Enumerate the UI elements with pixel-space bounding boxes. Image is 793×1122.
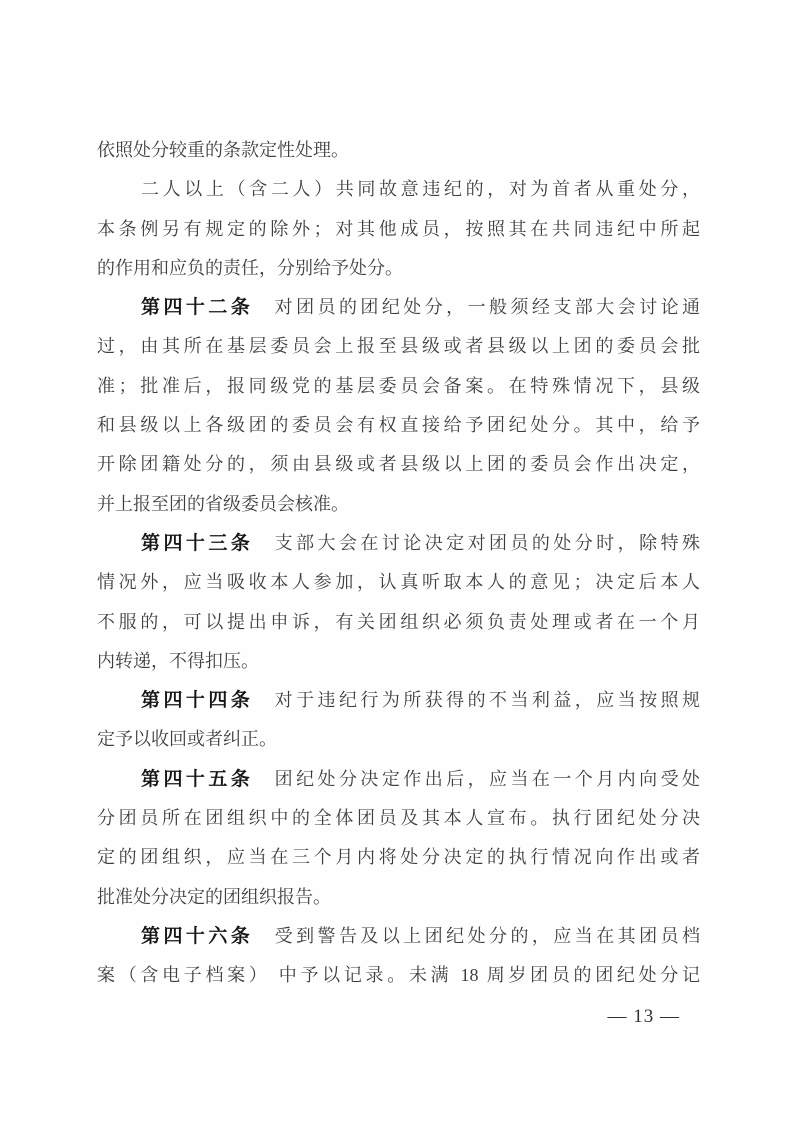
line-text: 本条例另有规定的除外；对其他成员，按照其在共同违纪中所起 bbox=[97, 219, 700, 239]
line-text: 支部大会在讨论决定对团员的处分时，除特殊 bbox=[275, 533, 700, 553]
line-text: 二人以上（含二人）共同故意违纪的，对为首者从重处分， bbox=[141, 179, 700, 199]
text-line: 准；批准后，报同级党的基层委员会备案。在特殊情况下，县级 bbox=[97, 367, 700, 406]
line-text: 受到警告及以上团纪处分的，应当在其团员档 bbox=[275, 926, 700, 946]
text-line: 开除团籍处分的，须由县级或者县级以上团的委员会作出决定， bbox=[97, 445, 700, 484]
line-text: 对团员的团纪处分，一般须经支部大会讨论通 bbox=[275, 297, 700, 317]
document-body: 依照处分较重的条款定性处理。二人以上（含二人）共同故意违纪的，对为首者从重处分，… bbox=[97, 131, 700, 996]
page-number: — 13 — bbox=[608, 1004, 681, 1030]
line-text: 过，由其所在基层委员会上报至县级或者县级以上团的委员会批 bbox=[97, 336, 700, 356]
line-text: 并上报至团的省级委员会核准。 bbox=[97, 494, 349, 514]
line-text: 依照处分较重的条款定性处理。 bbox=[97, 140, 349, 160]
scanned-document-screenshot: { "document": { "background": "#fefefe",… bbox=[0, 0, 793, 1122]
line-text: 批准处分决定的团组织报告。 bbox=[97, 887, 331, 907]
text-line: 并上报至团的省级委员会核准。 bbox=[97, 485, 700, 524]
article-number: 第四十五条 bbox=[141, 769, 253, 790]
line-text: 开除团籍处分的，须由县级或者县级以上团的委员会作出决定， bbox=[97, 454, 700, 474]
text-line: 的作用和应负的责任，分别给予处分。 bbox=[97, 249, 700, 288]
article-number: 第四十三条 bbox=[141, 533, 253, 554]
line-text: 准；批准后，报同级党的基层委员会备案。在特殊情况下，县级 bbox=[97, 376, 700, 396]
line-text: 定予以收回或者纠正。 bbox=[97, 729, 277, 749]
text-line: 批准处分决定的团组织报告。 bbox=[97, 878, 700, 917]
line-text: 内转递，不得扣压。 bbox=[97, 651, 259, 671]
line-text: 的作用和应负的责任，分别给予处分。 bbox=[97, 258, 403, 278]
text-line: 和县级以上各级团的委员会有权直接给予团纪处分。其中，给予 bbox=[97, 406, 700, 445]
line-text: 团纪处分决定作出后，应当在一个月内向受处 bbox=[275, 769, 700, 789]
article-line: 第四十四条 对于违纪行为所获得的不当利益，应当按照规 bbox=[97, 681, 700, 720]
text-line: 案（含电子档案） 中予以记录。未满 18 周岁团员的团纪处分记 bbox=[97, 956, 700, 995]
text-line: 本条例另有规定的除外；对其他成员，按照其在共同违纪中所起 bbox=[97, 210, 700, 249]
line-text: 情况外，应当吸收本人参加，认真听取本人的意见；决定后本人 bbox=[97, 572, 700, 592]
text-line: 依照处分较重的条款定性处理。 bbox=[97, 131, 700, 170]
article-number: 第四十六条 bbox=[141, 926, 253, 947]
article-number: 第四十四条 bbox=[141, 690, 253, 711]
text-line: 情况外，应当吸收本人参加，认真听取本人的意见；决定后本人 bbox=[97, 563, 700, 602]
text-line: 不服的，可以提出申诉，有关团组织必须负责处理或者在一个月 bbox=[97, 603, 700, 642]
line-text: 不服的，可以提出申诉，有关团组织必须负责处理或者在一个月 bbox=[97, 612, 700, 632]
line-text: 和县级以上各级团的委员会有权直接给予团纪处分。其中，给予 bbox=[97, 415, 700, 435]
text-line: 过，由其所在基层委员会上报至县级或者县级以上团的委员会批 bbox=[97, 327, 700, 366]
line-text: 案（含电子档案） 中予以记录。未满 18 周岁团员的团纪处分记 bbox=[97, 965, 700, 985]
text-line: 定予以收回或者纠正。 bbox=[97, 720, 700, 759]
article-number: 第四十二条 bbox=[141, 297, 253, 318]
line-text: 定的团组织，应当在三个月内将处分决定的执行情况向作出或者 bbox=[97, 847, 700, 867]
text-line: 内转递，不得扣压。 bbox=[97, 642, 700, 681]
line-text: 分团员所在团组织中的全体团员及其本人宣布。执行团纪处分决 bbox=[97, 808, 700, 828]
document-page: 依照处分较重的条款定性处理。二人以上（含二人）共同故意违纪的，对为首者从重处分，… bbox=[0, 0, 793, 1122]
text-line: 二人以上（含二人）共同故意违纪的，对为首者从重处分， bbox=[97, 170, 700, 209]
article-line: 第四十二条 对团员的团纪处分，一般须经支部大会讨论通 bbox=[97, 288, 700, 327]
article-line: 第四十三条 支部大会在讨论决定对团员的处分时，除特殊 bbox=[97, 524, 700, 563]
article-line: 第四十六条 受到警告及以上团纪处分的，应当在其团员档 bbox=[97, 917, 700, 956]
text-line: 分团员所在团组织中的全体团员及其本人宣布。执行团纪处分决 bbox=[97, 799, 700, 838]
article-line: 第四十五条 团纪处分决定作出后，应当在一个月内向受处 bbox=[97, 760, 700, 799]
line-text: 对于违纪行为所获得的不当利益，应当按照规 bbox=[275, 690, 700, 710]
text-line: 定的团组织，应当在三个月内将处分决定的执行情况向作出或者 bbox=[97, 838, 700, 877]
